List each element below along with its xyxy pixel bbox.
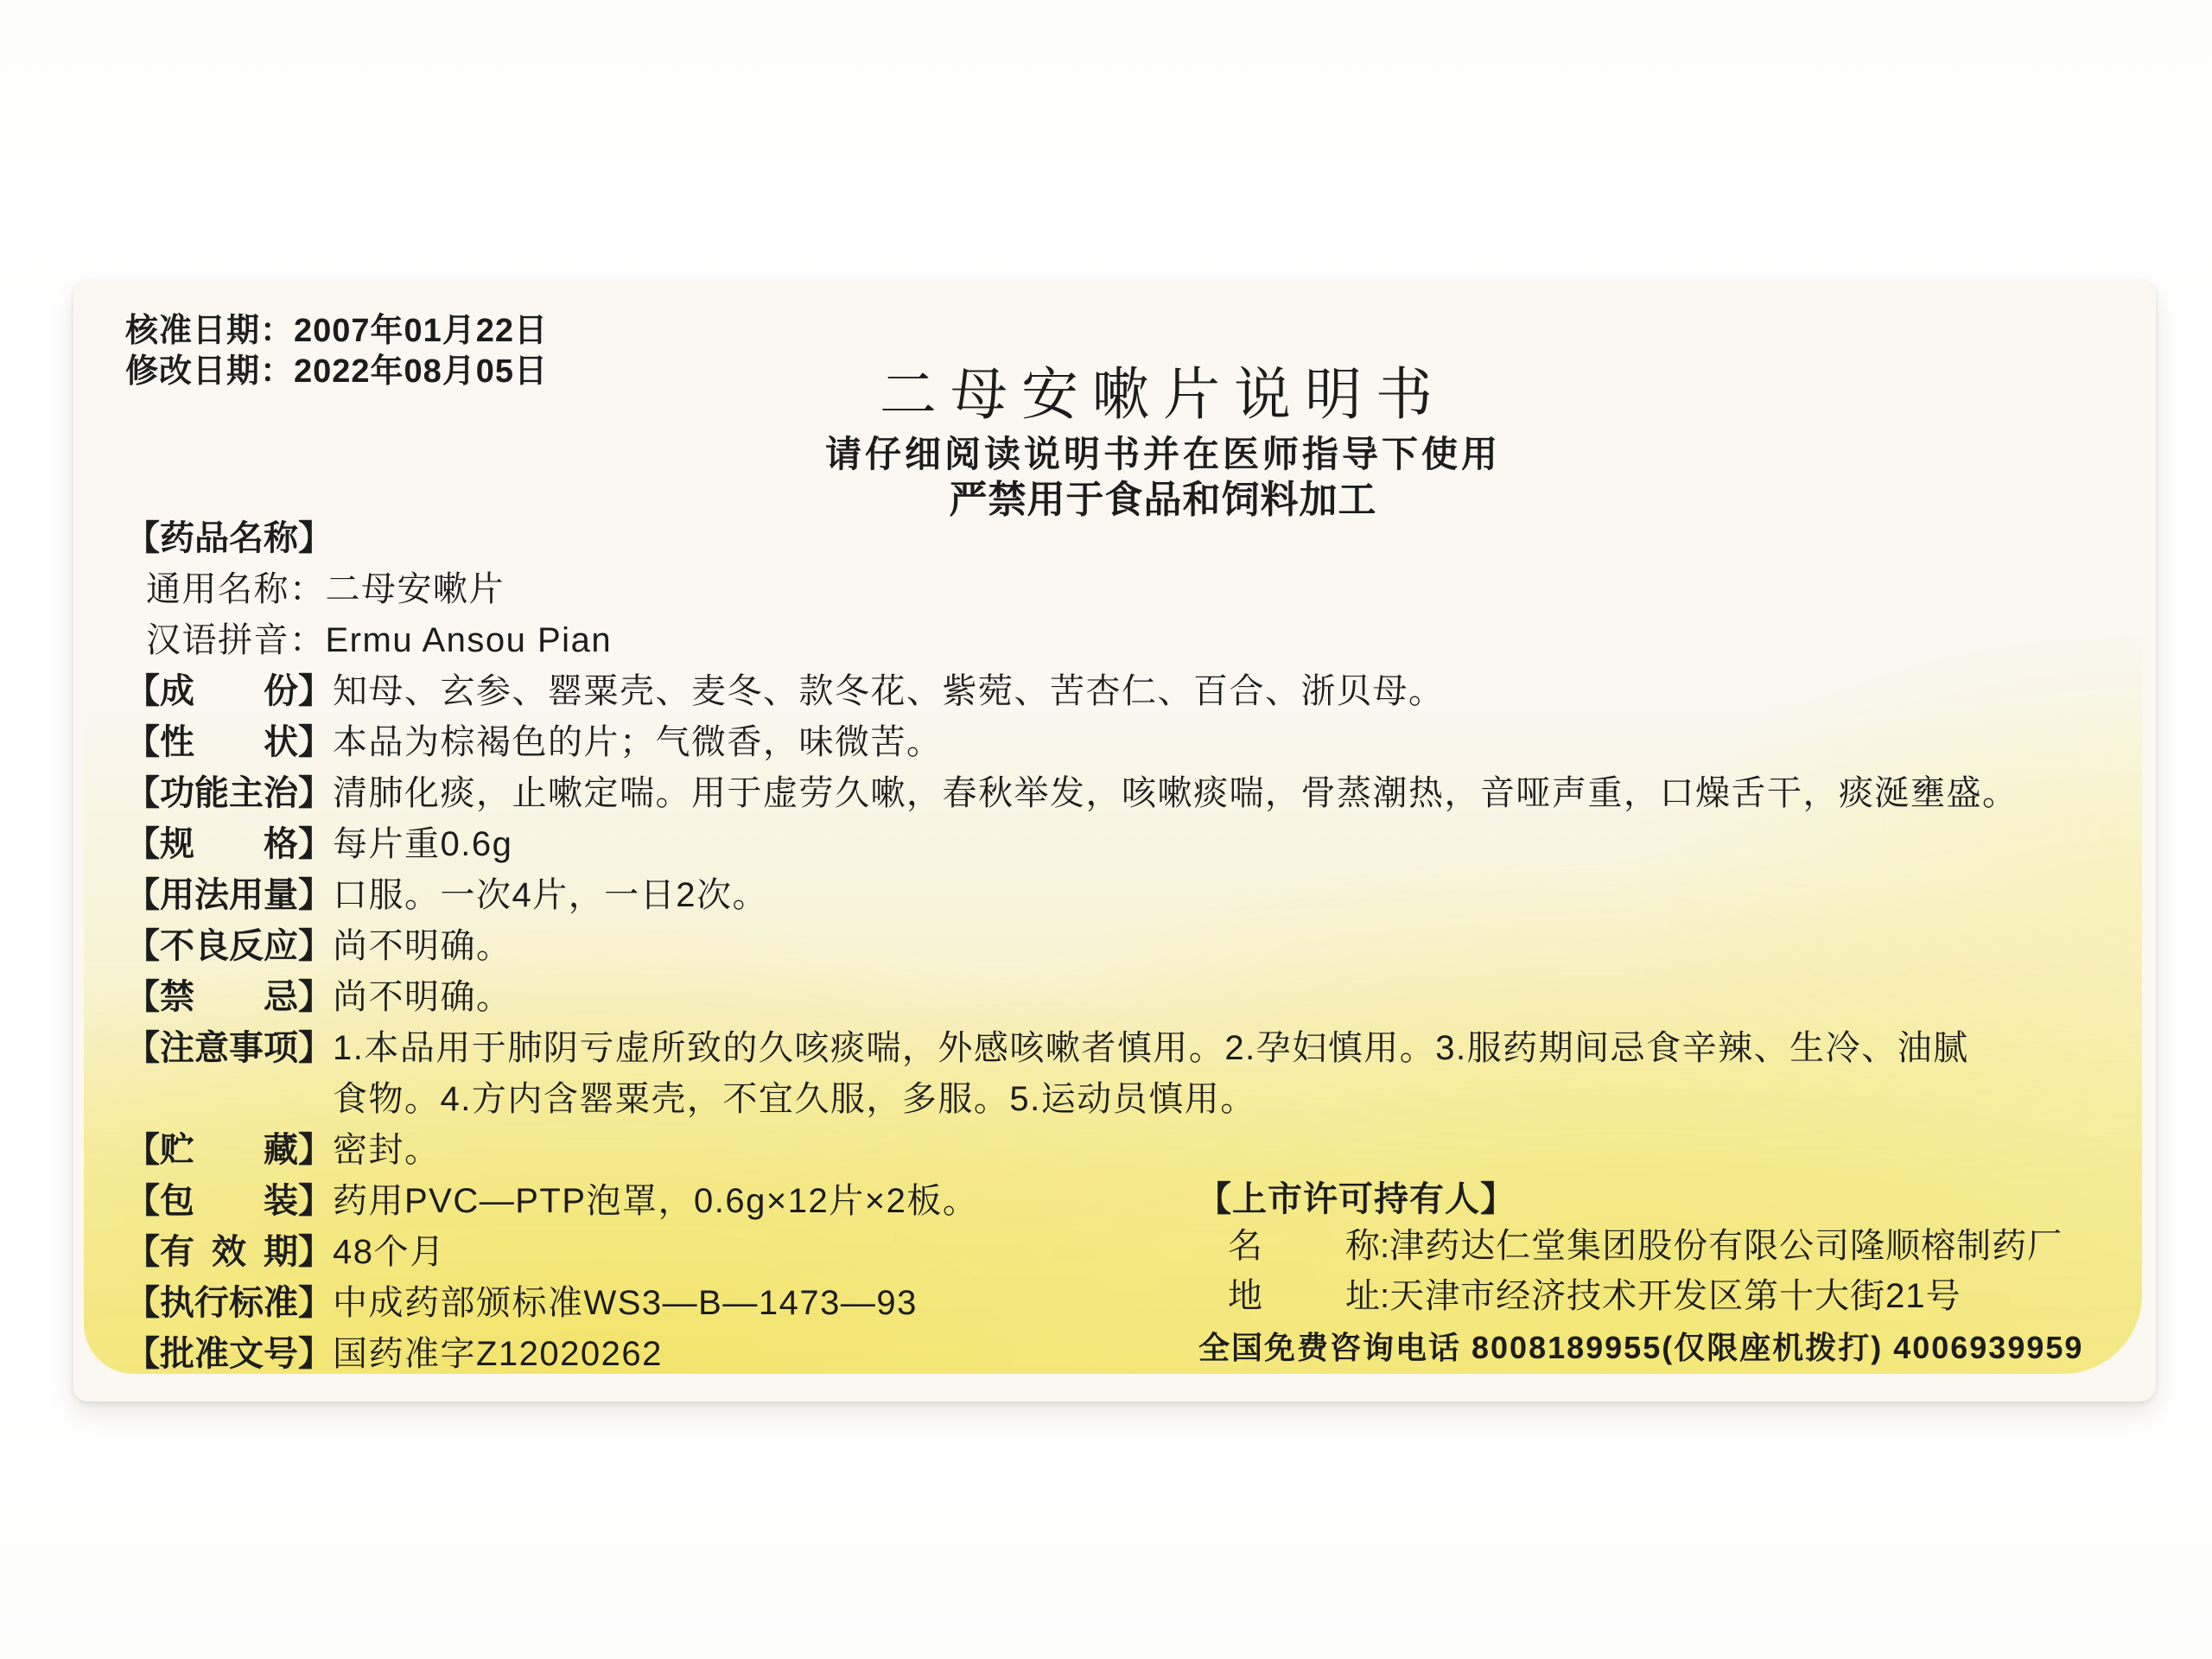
- label-open-bracket: 【: [125, 1227, 160, 1278]
- label-close-bracket: 】: [298, 666, 333, 717]
- section-row: 【功能主治】清肺化痰，止嗽定喘。用于虚劳久嗽，春秋举发，咳嗽痰喘，骨蒸潮热，音哑…: [125, 768, 2139, 819]
- section-label: 不良反应: [160, 921, 298, 972]
- label-close-bracket: 】: [298, 717, 333, 768]
- insert-card: 核准日期：2007年01月22日 修改日期：2022年08月05日 二母安嗽片说…: [73, 282, 2156, 1402]
- section-label: 包装: [160, 1176, 298, 1227]
- label-close-bracket: 】: [298, 1023, 333, 1074]
- section-content: 每片重0.6g: [333, 819, 512, 870]
- section-row: 【贮藏】密封。: [125, 1125, 2139, 1176]
- licensee-name-row: 名称:津药达仁堂集团股份有限公司隆顺榕制药厂: [1228, 1225, 2063, 1267]
- label-open-bracket: 【: [125, 972, 160, 1023]
- section-row: 【药品名称】: [125, 513, 2139, 564]
- label-close-bracket: 】: [298, 1329, 333, 1380]
- section-row: 【性状】本品为棕褐色的片；气微香，味微苦。: [125, 717, 2139, 768]
- section-label: 禁忌: [160, 972, 298, 1023]
- plain-row: 通用名称：二母安嗽片: [125, 564, 2139, 615]
- plain-row: 汉语拼音：Ermu Ansou Pian: [125, 615, 2139, 666]
- label-close-bracket: 】: [298, 870, 333, 921]
- licensee-name-label: 名: [1228, 1227, 1262, 1265]
- label-close-bracket: 】: [298, 972, 333, 1023]
- section-row: 【用法用量】口服。一次4片，一日2次。: [125, 870, 2139, 921]
- licensee-address-key: 址:: [1345, 1277, 1389, 1315]
- section-row: 【不良反应】尚不明确。: [125, 921, 2139, 972]
- licensee-block: 【上市许可持有人】 名称:津药达仁堂集团股份有限公司隆顺榕制药厂 地址:天津市经…: [1197, 1172, 1516, 1221]
- section-content: 知母、玄参、罂粟壳、麦冬、款冬花、紫菀、苦杏仁、百合、浙贝母。: [333, 666, 1445, 717]
- licensee-name-value: 津药达仁堂集团股份有限公司隆顺榕制药厂: [1389, 1227, 2063, 1265]
- section-label: 功能主治: [160, 768, 298, 819]
- label-open-bracket: 【: [125, 1125, 160, 1176]
- label-open-bracket: 【: [125, 1329, 160, 1380]
- leaflet-header: 二母安嗽片说明书 请仔细阅读说明书并在医师指导下使用 严禁用于食品和饲料加工: [170, 361, 2156, 522]
- section-row: 【规格】每片重0.6g: [125, 819, 2139, 870]
- licensee-address-value: 天津市经济技术开发区第十大街21号: [1389, 1277, 1961, 1315]
- label-close-bracket: 】: [298, 819, 333, 870]
- continuation-row: 食物。4.方内含罂粟壳，不宜久服，多服。5.运动员慎用。: [125, 1074, 2139, 1125]
- label-open-bracket: 【: [125, 819, 160, 870]
- section-content: 尚不明确。: [333, 921, 512, 972]
- licensee-address-row: 地址:天津市经济技术开发区第十大街21号: [1228, 1275, 1961, 1317]
- label-open-bracket: 【: [125, 768, 160, 819]
- section-label: 有效期: [160, 1227, 298, 1278]
- section-row: 【成份】知母、玄参、罂粟壳、麦冬、款冬花、紫菀、苦杏仁、百合、浙贝母。: [125, 666, 2139, 717]
- section-content: 本品为棕褐色的片；气微香，味微苦。: [333, 717, 943, 768]
- section-content: 药用PVC—PTP泡罩，0.6g×12片×2板。: [333, 1176, 978, 1227]
- section-content: 1.本品用于肺阴亏虚所致的久咳痰喘，外感咳嗽者慎用。2.孕妇慎用。3.服药期间忌…: [333, 1023, 1969, 1074]
- page-background: 核准日期：2007年01月22日 修改日期：2022年08月05日 二母安嗽片说…: [0, 0, 2212, 1659]
- licensee-address-label: 地: [1228, 1277, 1262, 1315]
- section-label: 贮藏: [160, 1125, 298, 1176]
- section-label: 执行标准: [160, 1278, 298, 1329]
- licensee-name-key: 称:: [1345, 1227, 1389, 1265]
- section-label: 成份: [160, 666, 298, 717]
- section-label: 规格: [160, 819, 298, 870]
- section-row: 【禁忌】尚不明确。: [125, 972, 2139, 1023]
- label-open-bracket: 【: [125, 1278, 160, 1329]
- approval-date-line: 核准日期：2007年01月22日: [125, 311, 548, 352]
- label-close-bracket: 】: [298, 1125, 333, 1176]
- label-close-bracket: 】: [298, 1278, 333, 1329]
- label-close-bracket: 】: [298, 513, 333, 564]
- label-open-bracket: 【: [125, 666, 160, 717]
- section-label: 药品名称: [160, 513, 298, 564]
- label-close-bracket: 】: [298, 1227, 333, 1278]
- label-open-bracket: 【: [125, 1176, 160, 1227]
- label-open-bracket: 【: [125, 1023, 160, 1074]
- section-label: 批准文号: [160, 1329, 298, 1380]
- leaflet-title: 二母安嗽片说明书: [170, 361, 2156, 429]
- section-content: 尚不明确。: [333, 972, 512, 1023]
- label-open-bracket: 【: [125, 513, 160, 564]
- section-content: 清肺化痰，止嗽定喘。用于虚劳久嗽，春秋举发，咳嗽痰喘，骨蒸潮热，音哑声重，口燥舌…: [333, 768, 2018, 819]
- section-label: 性状: [160, 717, 298, 768]
- section-label: 用法用量: [160, 870, 298, 921]
- section-content: 口服。一次4片，一日2次。: [333, 870, 768, 921]
- licensee-heading: 【上市许可持有人】: [1197, 1172, 1516, 1221]
- label-close-bracket: 】: [298, 1176, 333, 1227]
- label-close-bracket: 】: [298, 921, 333, 972]
- section-content: 国药准字Z12020262: [333, 1329, 663, 1380]
- section-content: 密封。: [333, 1125, 441, 1176]
- section-content: 中成药部颁标准WS3—B—1473—93: [333, 1278, 918, 1329]
- label-open-bracket: 【: [125, 921, 160, 972]
- usage-advisory: 请仔细阅读说明书并在医师指导下使用: [170, 432, 2156, 477]
- label-close-bracket: 】: [298, 768, 333, 819]
- hotline-line: 全国免费咨询电话 8008189955(仅限座机拨打) 4006939959: [1198, 1324, 2083, 1368]
- section-label: 注意事项: [160, 1023, 298, 1074]
- section-content: 48个月: [333, 1227, 446, 1278]
- label-open-bracket: 【: [125, 717, 160, 768]
- section-row: 【注意事项】1.本品用于肺阴亏虚所致的久咳痰喘，外感咳嗽者慎用。2.孕妇慎用。3…: [125, 1023, 2139, 1074]
- section-row: 【包装】药用PVC—PTP泡罩，0.6g×12片×2板。: [125, 1176, 2139, 1227]
- label-open-bracket: 【: [125, 870, 160, 921]
